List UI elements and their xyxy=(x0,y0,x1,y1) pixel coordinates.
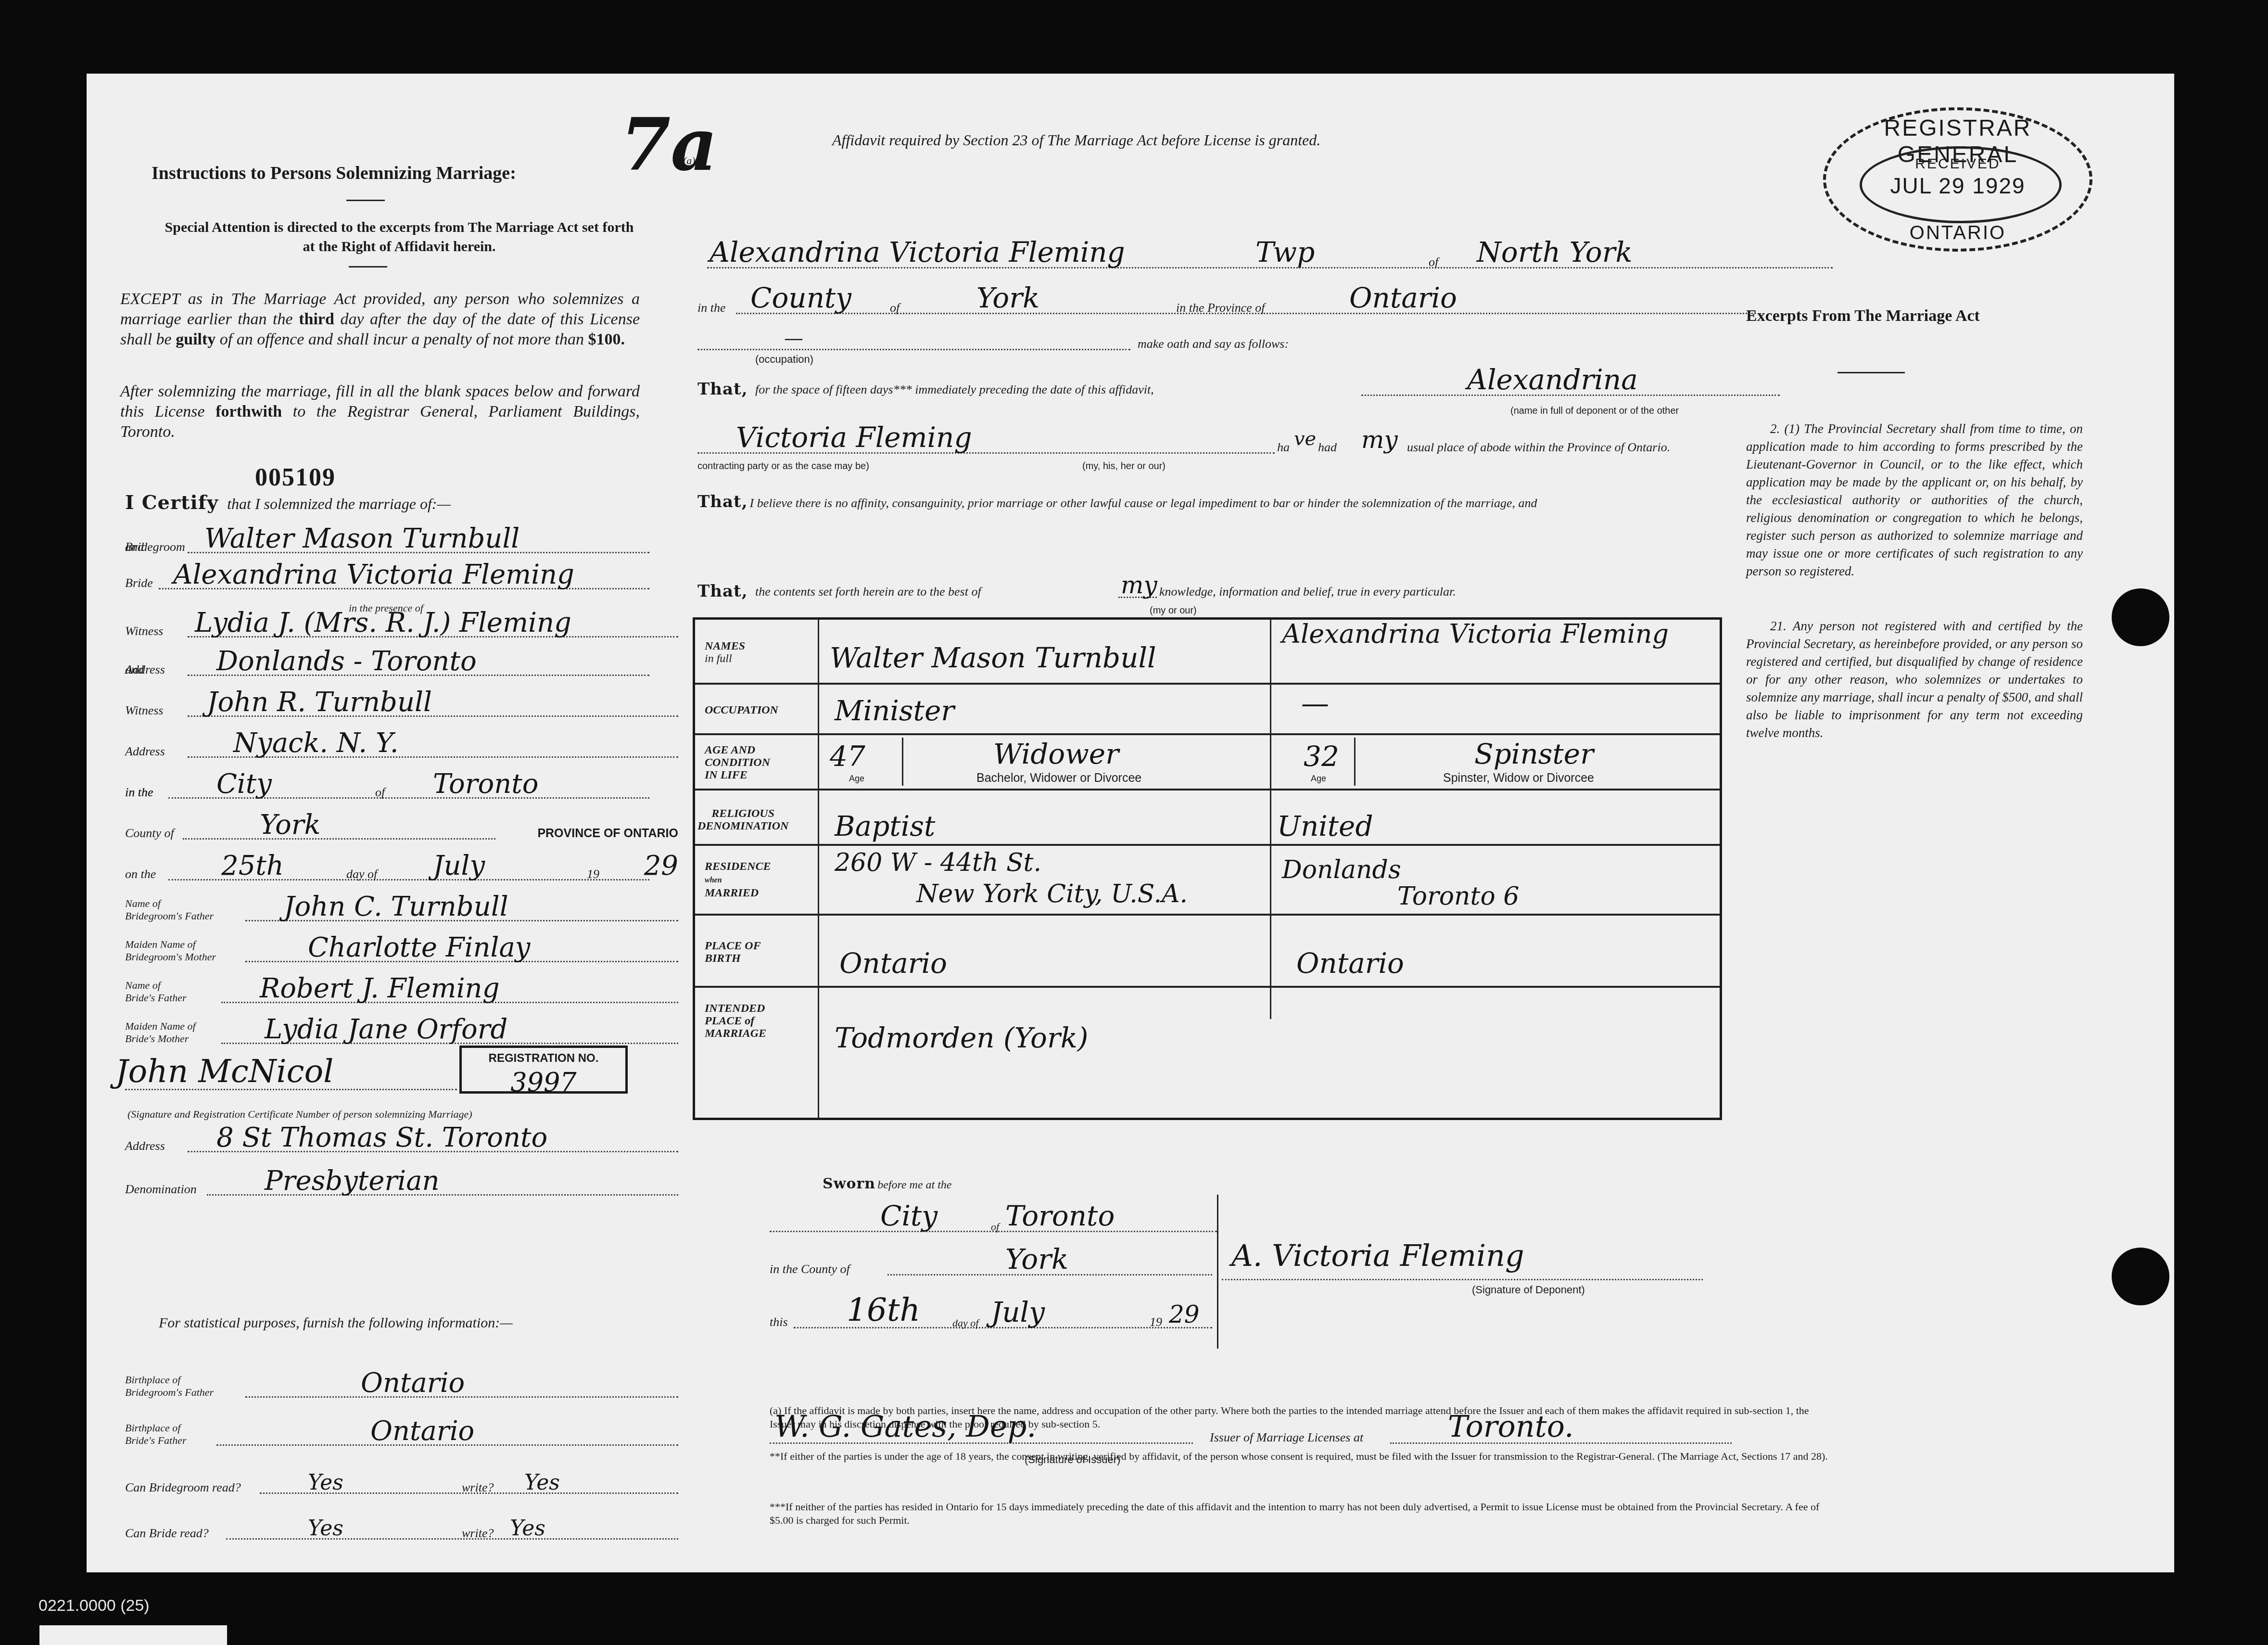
bride-father-name: Robert J. Fleming xyxy=(260,973,499,1004)
sworn-month: July xyxy=(991,1296,1045,1328)
bp-bride-father-row: Birthplace of Bride's Father Ontario xyxy=(125,1416,678,1450)
registration-number: 3997 xyxy=(462,1067,625,1097)
deponent-place-type: Twp xyxy=(1255,236,1315,268)
deponent-name: Alexandrina Victoria Fleming xyxy=(710,236,1125,268)
sworn-place-type: City xyxy=(880,1199,938,1232)
sworn-county-row: in the County of York xyxy=(770,1243,1212,1281)
bride-denomination: United xyxy=(1277,810,1373,842)
denomination-row: Denomination Presbyterian xyxy=(125,1166,678,1199)
bride-mother-row: Maiden Name of Bride's Mother Lydia Jane… xyxy=(125,1014,678,1048)
certify-text: that I solemnized the marriage of:— xyxy=(227,495,451,512)
that-1-name-b: Victoria Fleming xyxy=(736,421,972,454)
sworn-heading: Sworn before me at the xyxy=(823,1175,952,1192)
table-row-residence: RESIDENCEwhenMARRIED 260 W - 44th St. Ne… xyxy=(695,846,1720,916)
witness-2-name: John R. Turnbull xyxy=(207,687,432,718)
page-annotation: 7a xyxy=(621,102,718,187)
excerpts-title: Excerpts From The Marriage Act xyxy=(1746,307,1980,325)
bride-residence-line-2: Toronto 6 xyxy=(1397,882,1519,911)
after-solemnizing-paragraph: After solemnizing the marriage, fill in … xyxy=(120,382,640,442)
binder-hole xyxy=(2112,1248,2169,1305)
sworn-date-row: this 16th day of July 19 29 xyxy=(770,1291,1212,1334)
table-row-denomination: RELIGIOUSDENOMINATION Baptist United xyxy=(695,791,1720,846)
divider xyxy=(346,200,385,201)
registration-label: REGISTRATION NO. xyxy=(462,1052,625,1065)
groom-condition: Widower xyxy=(993,738,1119,770)
binder-hole xyxy=(2112,588,2169,646)
groom-full-name: Walter Mason Turnbull xyxy=(830,641,1156,674)
groom-residence-line-2: New York City, U.S.A. xyxy=(916,880,1188,908)
groom-mother-name: Charlotte Finlay xyxy=(308,932,530,963)
bride-literacy-row: Can Bride read? Yes write? Yes xyxy=(125,1510,678,1543)
witness-2-address: Nyack. N. Y. xyxy=(233,727,399,759)
groom-age: 47 xyxy=(830,740,865,773)
groom-denomination: Baptist xyxy=(835,810,935,842)
groom-mother-row: Maiden Name of Bridegroom's Mother Charl… xyxy=(125,932,678,966)
officiant-address-row: Address 8 St Thomas St. Toronto xyxy=(125,1122,678,1156)
province-label: PROVINCE OF ONTARIO xyxy=(537,827,678,841)
officiant-denomination: Presbyterian xyxy=(265,1165,440,1197)
officiant-signature: John McNicol xyxy=(115,1053,333,1090)
deponent-place: North York xyxy=(1477,236,1633,268)
registrar-general-stamp: REGISTRAR GENERAL RECEIVED JUL 29 1929 O… xyxy=(1823,107,2092,252)
date-row: on the 25th day of July 19 29 xyxy=(125,851,678,884)
special-attention-note: Special Attention is directed to the exc… xyxy=(159,218,640,256)
stamp-received: RECEIVED xyxy=(1826,156,2090,172)
certify-line: I Certify that I solemnized the marriage… xyxy=(125,491,451,514)
place-row: in the City of Toronto in the xyxy=(125,769,678,803)
bp-groom-father: Ontario xyxy=(361,1367,465,1399)
witness-2-row: Witness John R. Turnbull xyxy=(125,687,678,721)
occupation-row: — (occupation) make oath and say as foll… xyxy=(697,321,1371,360)
microfilm-reference: 0221.0000 (25) xyxy=(38,1596,150,1615)
particulars-table: NAMESin full Walter Mason Turnbull Alexa… xyxy=(693,617,1722,1120)
sworn-year: 29 xyxy=(1169,1301,1200,1328)
bp-bride-father: Ontario xyxy=(370,1415,474,1447)
excerpt-section-21: 21. Any person not registered with and c… xyxy=(1746,617,2083,742)
signature-caption: (Signature and Registration Certificate … xyxy=(127,1108,472,1121)
intended-place: Todmorden (York) xyxy=(835,1021,1088,1054)
witness-1-name: Lydia J. (Mrs. R. J.) Fleming xyxy=(195,607,571,638)
occupation-caption: (occupation) xyxy=(755,353,813,366)
affidavit-province: Ontario xyxy=(1349,281,1457,314)
groom-father-row: Name of Bridegroom's Father John C. Turn… xyxy=(125,892,678,925)
witness-2-address-row: Address Nyack. N. Y. xyxy=(125,728,678,762)
that-2-paragraph: That, I believe there is no affinity, co… xyxy=(697,492,1775,513)
footnote-triple-star: ***If neither of the parties has resided… xyxy=(770,1500,1828,1527)
groom-birthplace: Ontario xyxy=(839,947,947,980)
witness-1-row: Witness Lydia J. (Mrs. R. J.) Fleming xyxy=(125,608,678,641)
table-row-occupation: OCCUPATION Minister — xyxy=(695,685,1720,735)
table-row-age: AGE ANDCONDITIONIN LIFE 47 Age Widower B… xyxy=(695,735,1720,791)
bride-residence: Donlands xyxy=(1282,855,1401,884)
deponent-county-row: in the County of York in the Province of… xyxy=(697,281,1756,319)
deponent-signature: A. Victoria Fleming xyxy=(1231,1238,1524,1273)
deponent-occupation: — xyxy=(784,327,803,349)
bridegroom-row: Bridegroom Walter Mason Turnbull and xyxy=(125,523,678,557)
deponent-signature-caption: (Signature of Deponent) xyxy=(1472,1284,1585,1296)
bride-father-row: Name of Bride's Father Robert J. Fleming xyxy=(125,973,678,1007)
annotation-sub: (a) xyxy=(683,154,696,167)
bride-can-read: Yes xyxy=(308,1516,343,1541)
film-label-strip xyxy=(39,1625,227,1645)
bride-mother-name: Lydia Jane Orford xyxy=(265,1014,507,1045)
that-1-pronoun: my xyxy=(1361,426,1398,454)
affidavit-title: Affidavit required by Section 23 of The … xyxy=(832,131,1320,149)
bride-full-name: Alexandrina Victoria Fleming xyxy=(1282,617,1705,651)
except-paragraph: EXCEPT as in The Marriage Act provided, … xyxy=(120,289,640,350)
groom-occupation: Minister xyxy=(835,694,954,727)
officiant-address: 8 St Thomas St. Toronto xyxy=(216,1122,547,1153)
county-name: York xyxy=(260,809,321,841)
registration-number-box: REGISTRATION NO. 3997 xyxy=(459,1046,628,1094)
that-1-line: That, for the space of fifteen days*** i… xyxy=(697,372,1780,401)
bride-age: 32 xyxy=(1304,740,1339,773)
statistical-heading: For statistical purposes, furnish the fo… xyxy=(159,1315,513,1331)
sworn-place: Toronto xyxy=(1005,1199,1115,1232)
county-row: County of York PROVINCE OF ONTARIO xyxy=(125,810,678,843)
sworn-place-row: City of Toronto xyxy=(770,1199,1217,1238)
footnote-a: (a) If the affidavit is made by both par… xyxy=(770,1404,1828,1431)
that-3-line: That, the contents set forth herein are … xyxy=(697,574,1775,603)
bp-groom-father-row: Birthplace of Bridegroom's Father Ontari… xyxy=(125,1368,678,1402)
instructions-title: Instructions to Persons Solemnizing Marr… xyxy=(152,163,516,184)
groom-residence: 260 W - 44th St. xyxy=(835,848,1041,877)
that-1-line-2: Victoria Fleming ha ve had my usual plac… xyxy=(697,425,1780,459)
affidavit-county: York xyxy=(976,281,1039,314)
that-3-pronoun: my xyxy=(1121,571,1157,599)
table-row-names: NAMESin full Walter Mason Turnbull Alexa… xyxy=(695,620,1720,685)
marriage-year: 29 xyxy=(644,850,678,881)
groom-father-name: John C. Turnbull xyxy=(284,891,508,922)
certificate-column: Instructions to Persons Solemnizing Marr… xyxy=(87,74,664,1572)
footnote-double-star: **If either of the parties is under the … xyxy=(770,1450,1828,1463)
groom-literacy-row: Can Bridegroom read? Yes write? Yes xyxy=(125,1464,678,1498)
sworn-day: 16th xyxy=(847,1291,920,1328)
bride-row: Bride Alexandrina Victoria Fleming xyxy=(125,560,678,593)
that-1-name-a: Alexandrina xyxy=(1467,363,1638,396)
groom-can-write: Yes xyxy=(524,1470,560,1495)
deponent-row: Alexandrina Victoria Fleming Twp of Nort… xyxy=(697,235,1871,273)
divider xyxy=(349,266,387,268)
marriage-day: 25th xyxy=(221,850,284,881)
oath-text: make oath and say as follows: xyxy=(1138,337,1289,351)
marriage-month: July xyxy=(433,850,485,881)
certify-heading: I Certify xyxy=(125,491,218,514)
witness-1-address-row: Address Donlands - Toronto and xyxy=(125,646,678,680)
table-row-birthplace: PLACE OFBIRTH Ontario Ontario xyxy=(695,916,1720,988)
serial-number: 005109 xyxy=(255,463,336,492)
bride-name: Alexandrina Victoria Fleming xyxy=(173,559,574,590)
bride-occupation: — xyxy=(1301,687,1329,720)
county-type: County xyxy=(750,281,851,314)
groom-can-read: Yes xyxy=(308,1470,343,1495)
bride-can-write: Yes xyxy=(510,1516,545,1541)
bride-condition: Spinster xyxy=(1474,738,1594,770)
excerpt-section-2: 2. (1) The Provincial Secretary shall fr… xyxy=(1746,420,2083,580)
row-label: NAMESin full xyxy=(705,640,745,665)
stamp-ring-bottom: ONTARIO xyxy=(1826,222,2090,244)
sworn-county: York xyxy=(1005,1243,1068,1275)
bride-birthplace: Ontario xyxy=(1296,947,1404,980)
document-page: Instructions to Persons Solemnizing Marr… xyxy=(87,74,2174,1572)
divider xyxy=(1837,372,1905,373)
stamp-date: JUL 29 1929 xyxy=(1826,173,2090,199)
table-row-intended-place: INTENDEDPLACE ofMARRIAGE Todmorden (York… xyxy=(695,988,1720,1120)
